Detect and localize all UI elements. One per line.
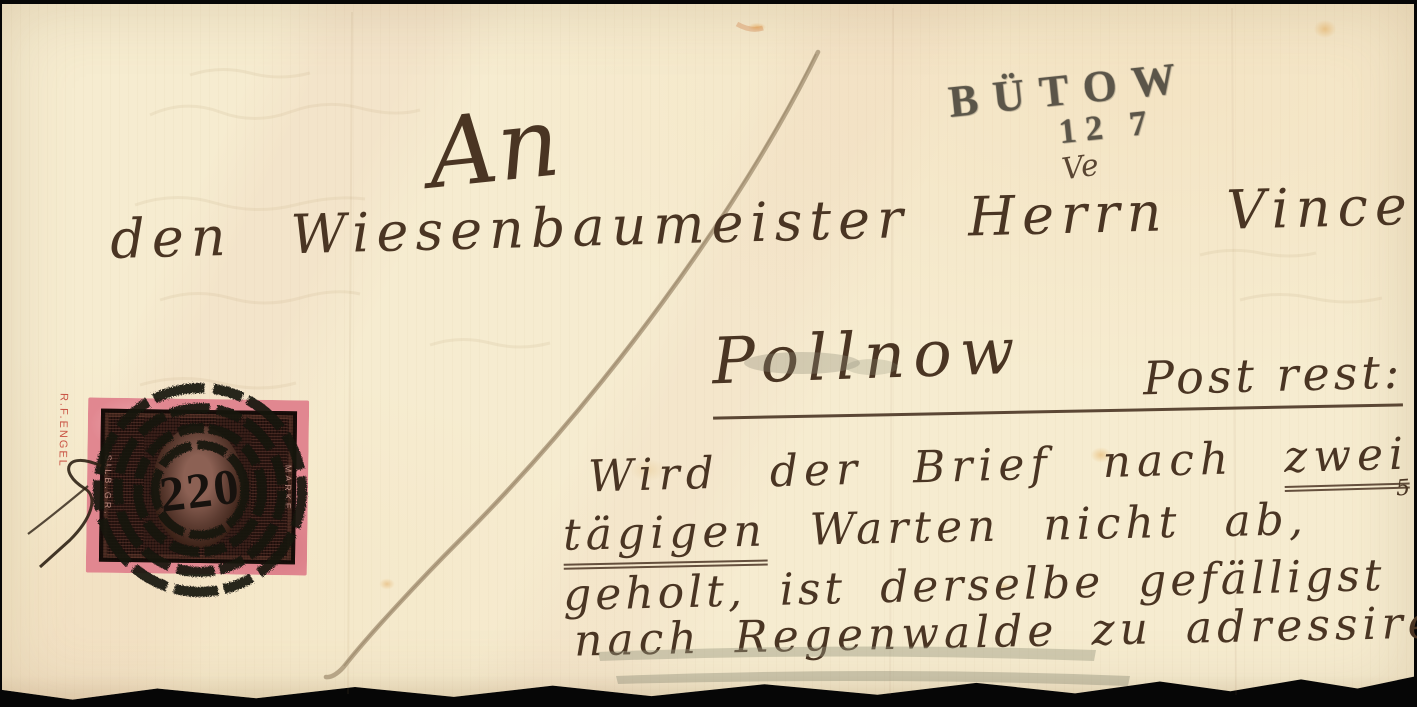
cover-photo: SILB.GR. MARKE 220 R.F.ENGEL BÜTOW 12 7 … <box>0 0 1417 707</box>
cancel-number: 220 <box>156 457 243 522</box>
underlined-taegigen: tägigen <box>563 506 768 570</box>
expert-mark-text: R.F.ENGEL <box>56 393 69 468</box>
flourish-above-vincent: Ve <box>1060 148 1101 188</box>
ring-cancel: 220 <box>68 358 332 622</box>
poste-restante-note: Post rest: <box>1142 345 1404 406</box>
salutation-an: An <box>423 85 565 210</box>
destination-pollnow: Pollnow <box>711 315 1024 400</box>
annotation-5: 5 <box>1395 476 1411 502</box>
underlined-zwei: zwei <box>1283 429 1410 492</box>
